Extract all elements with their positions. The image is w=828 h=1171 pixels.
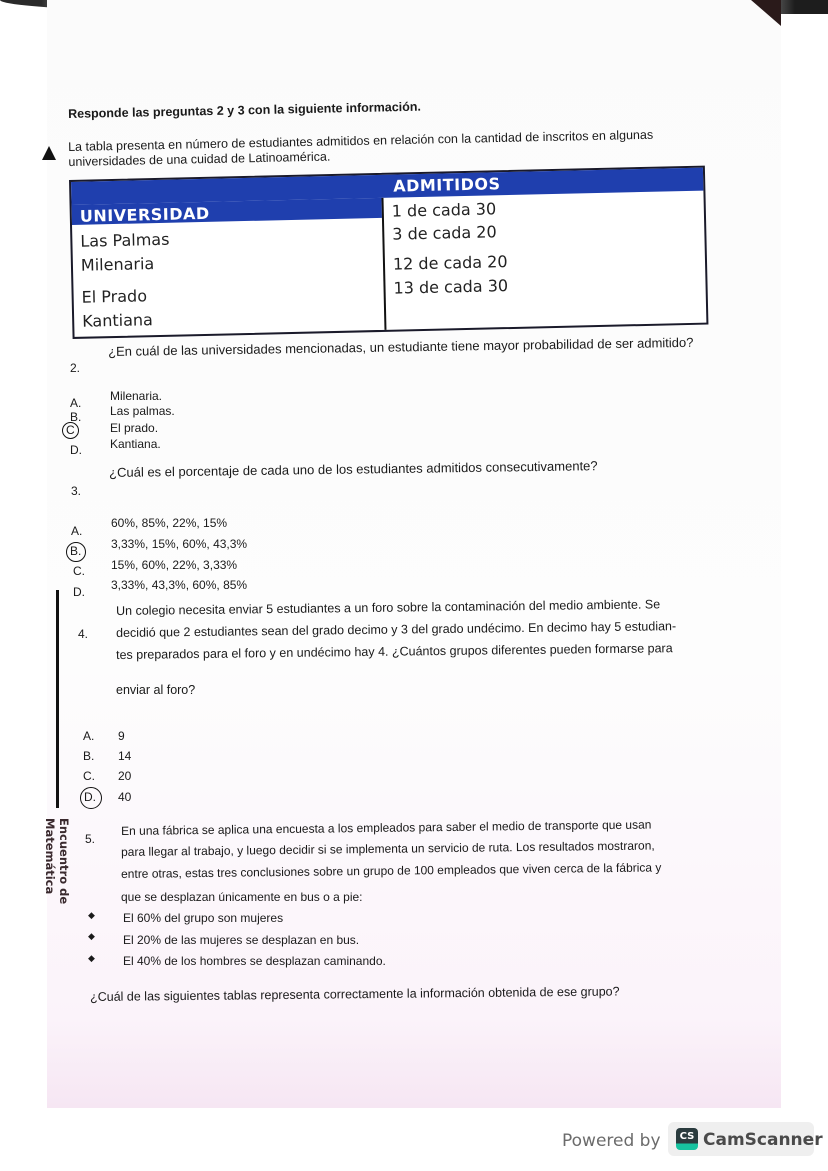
q3-option-letter: C. [73,564,85,578]
q3-option-letter: A. [71,524,82,538]
bullet-icon: ◆ [88,953,95,964]
question-4-line-4: enviar al foro? [116,683,195,697]
q2-option-letter: D. [70,443,82,457]
q2-option-b[interactable]: Las palmas. [110,404,175,418]
university-cell: Kantiana [82,310,153,331]
side-bar-line [56,590,59,808]
question-2-number: 2. [70,361,80,375]
question-3-number: 3. [71,484,81,498]
admitted-cell: 13 de cada 30 [393,276,508,298]
q4-option-a[interactable]: 9 [118,729,125,743]
triangle-marker-icon [42,146,56,160]
question-5-number: 5. [85,832,95,846]
admitted-cell: 3 de cada 20 [392,222,497,243]
q3-option-letter: D. [73,585,85,599]
q2-option-d[interactable]: Kantiana. [110,437,161,451]
q4-option-letter: A. [83,729,94,743]
side-label: Encuentro de Matemática [45,818,71,968]
q2-option-a[interactable]: Milenaria. [110,389,162,403]
question-5-line-4: que se desplazan únicamente en bus o a p… [121,890,363,904]
q3-option-b[interactable]: 3,33%, 15%, 60%, 43,3% [111,537,247,551]
q5-bullet: El 40% de los hombres se desplazan camin… [123,954,386,968]
camscanner-logo-icon: CS [676,1128,698,1150]
q2-option-letter: C [66,423,75,437]
header-universidad: UNIVERSIDAD [80,204,210,226]
q4-option-d[interactable]: 40 [118,790,131,804]
q4-option-letter: D. [84,790,96,804]
header-admitidos: ADMITIDOS [393,174,501,195]
q5-bullet: El 20% de las mujeres se desplazan en bu… [123,933,359,947]
university-cell: Milenaria [81,254,155,275]
admitted-cell: 1 de cada 30 [392,199,497,220]
university-cell: El Prado [81,286,147,306]
q5-bullet: El 60% del grupo son mujeres [123,911,283,925]
q2-option-letter: A. [70,396,81,410]
admitted-cell: 12 de cada 20 [393,252,508,274]
powered-by-text: Powered by [562,1131,661,1151]
q4-option-letter: B. [83,749,94,763]
column-divider [381,198,386,330]
question-4-number: 4. [78,627,88,641]
q4-option-b[interactable]: 14 [118,749,131,763]
q3-option-c[interactable]: 15%, 60%, 22%, 3,33% [111,558,237,572]
university-cell: Las Palmas [80,230,169,251]
q4-option-c[interactable]: 20 [118,769,131,783]
q3-option-letter: B. [70,544,81,558]
q4-option-letter: C. [83,769,95,783]
q3-option-a[interactable]: 60%, 85%, 22%, 15% [111,516,227,530]
q2-option-c[interactable]: El prado. [110,421,158,435]
admissions-table: ADMITIDOS UNIVERSIDAD Las Palmas Milenar… [69,166,708,339]
bullet-icon: ◆ [88,931,95,942]
bullet-icon: ◆ [88,910,95,921]
q3-option-d[interactable]: 3,33%, 43,3%, 60%, 85% [111,578,247,592]
camscanner-brand: CamScanner [703,1130,823,1150]
